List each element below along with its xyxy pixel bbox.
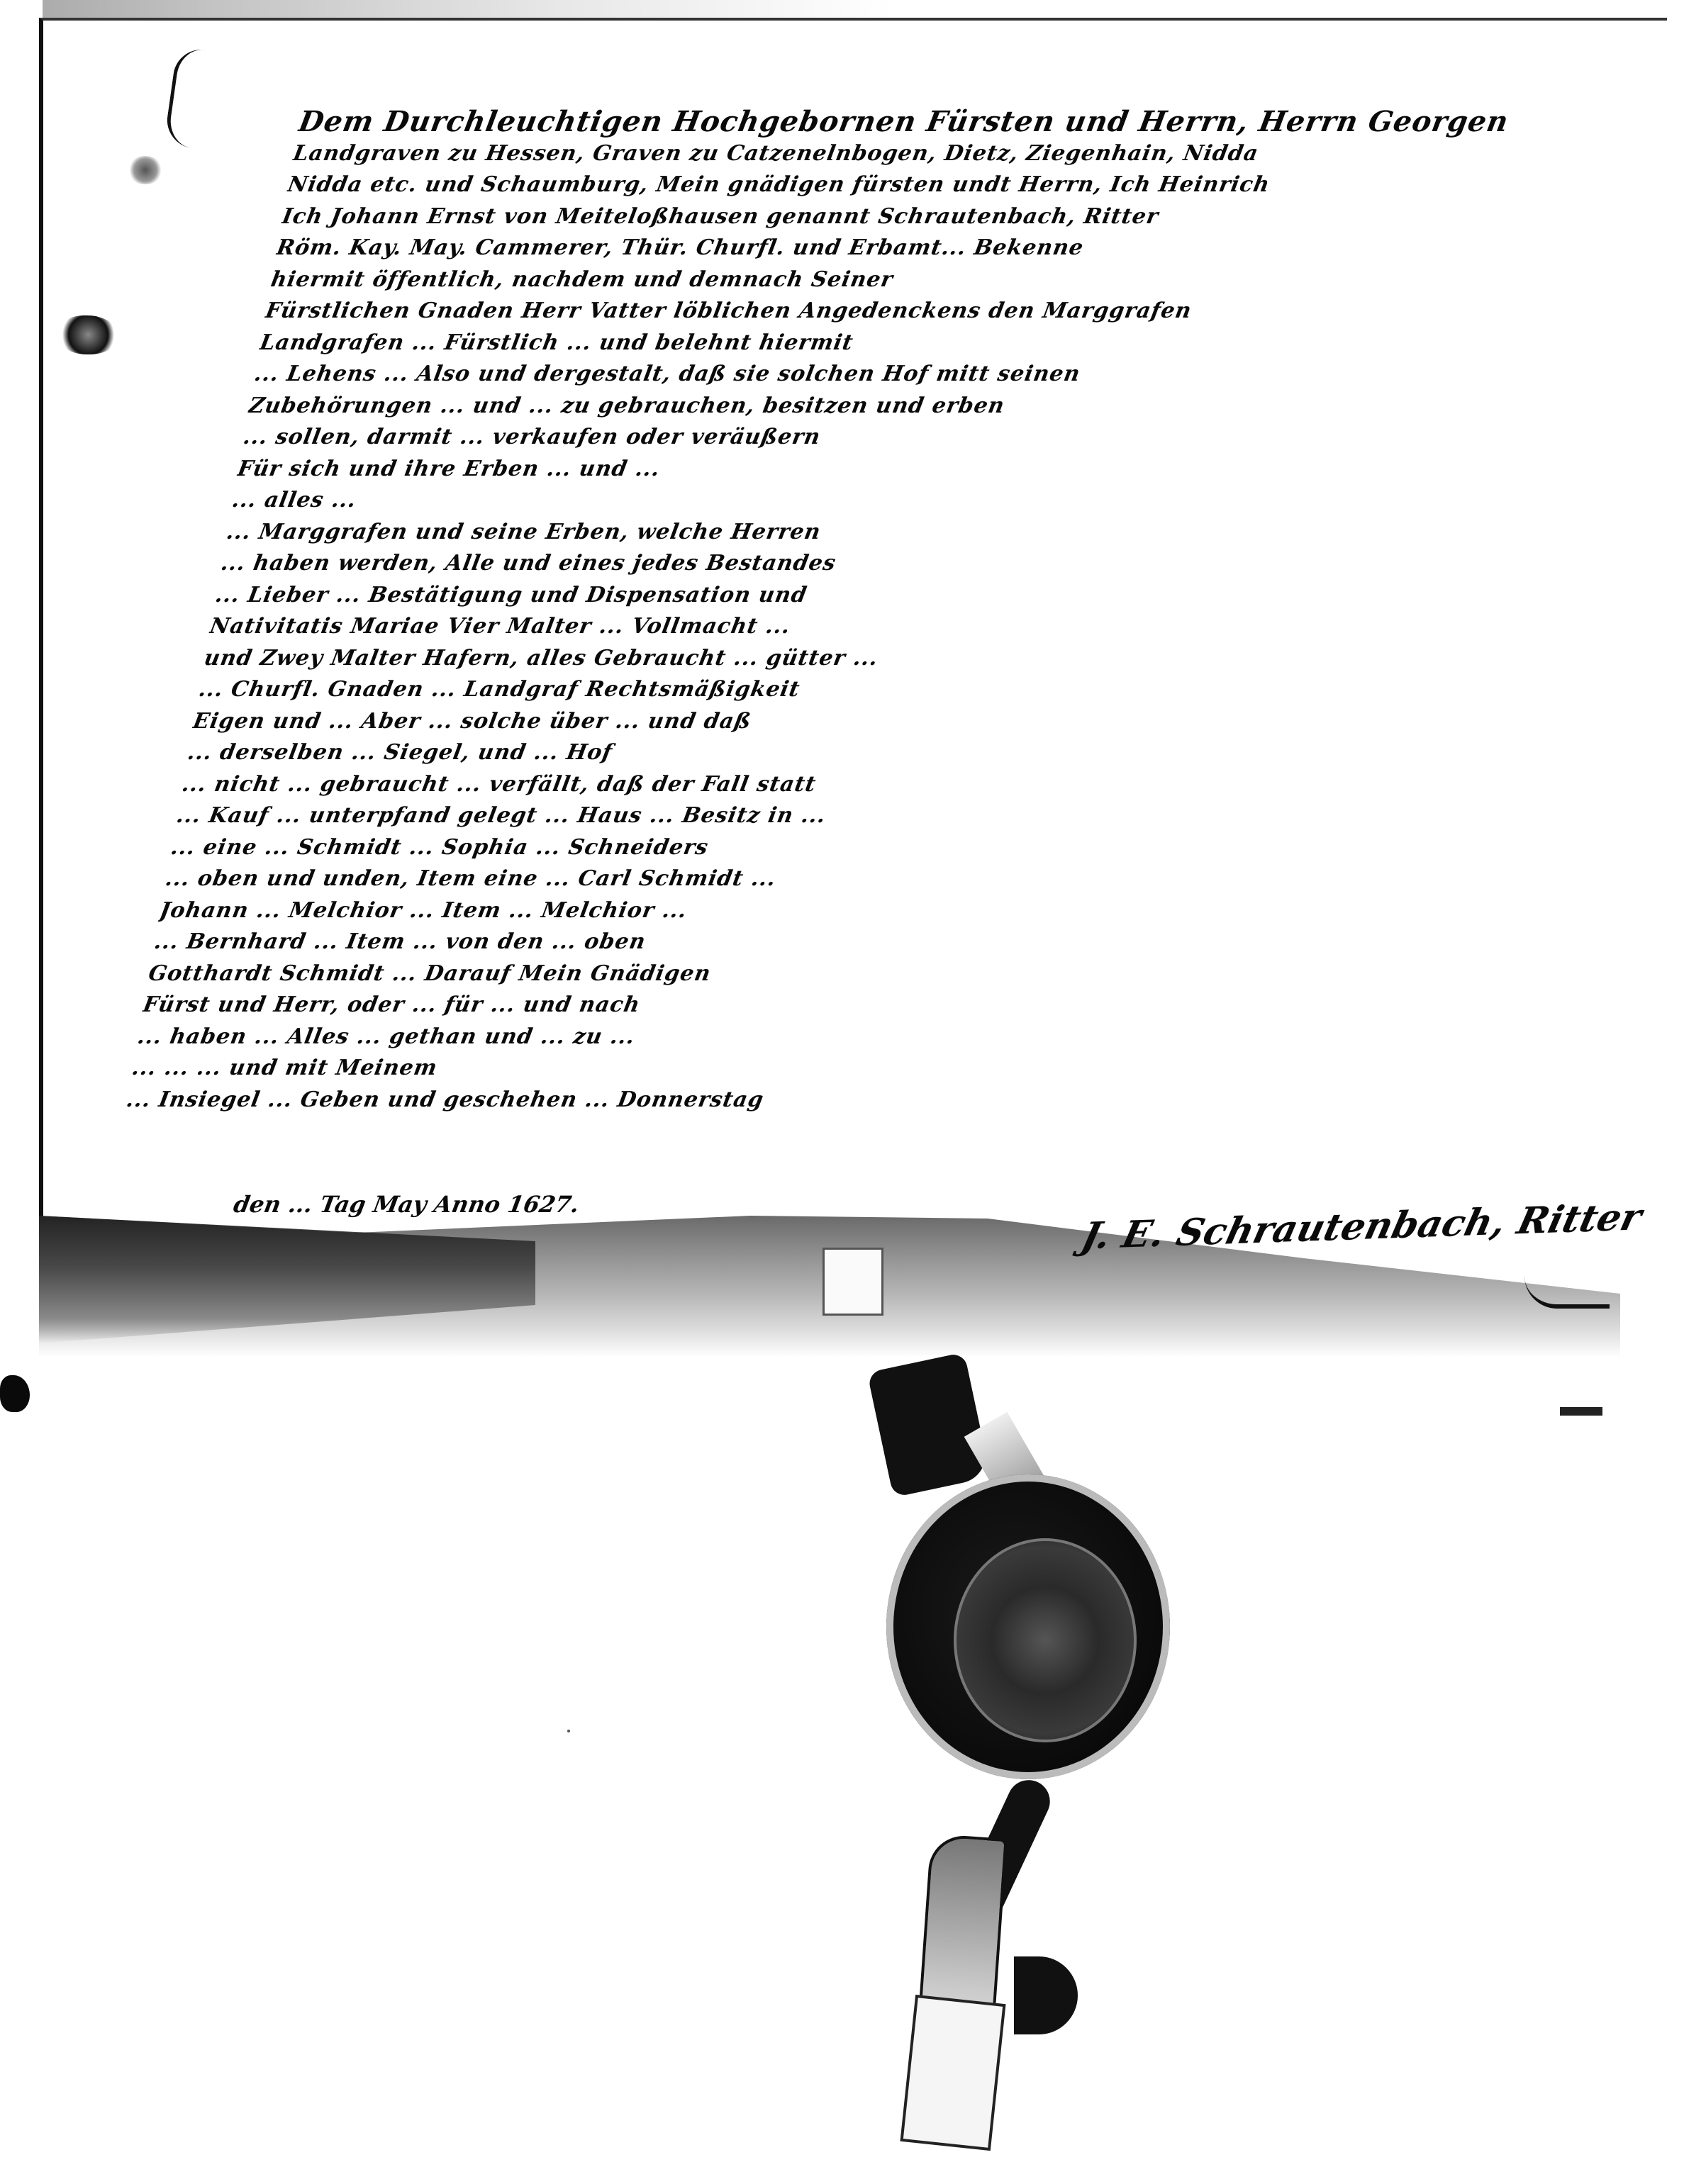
text-line: ... nicht ... gebraucht ... verfällt, da… bbox=[179, 769, 1518, 801]
text-line: Röm. Kay. May. Cammerer, Thür. Churfl. u… bbox=[274, 233, 1612, 264]
text-line: Landgraven zu Hessen, Graven zu Catzenel… bbox=[291, 138, 1629, 170]
text-line: ... Lehens ... Also und dergestalt, daß … bbox=[252, 359, 1590, 391]
text-line: ... derselben ... Siegel, und ... Hof bbox=[185, 737, 1524, 769]
text-line: Fürst und Herr, oder ... für ... und nac… bbox=[140, 990, 1479, 1021]
text-line: Für sich und ihre Erben ... und ... bbox=[235, 454, 1573, 486]
text-line: ... sollen, darmit ... verkaufen oder ve… bbox=[240, 422, 1579, 454]
text-line: Ich Johann Ernst von Meiteloßhausen gena… bbox=[279, 201, 1618, 233]
text-line: Nativitatis Mariae Vier Malter ... Vollm… bbox=[207, 611, 1546, 643]
ink-stain bbox=[128, 156, 163, 184]
text-line: ... eine ... Schmidt ... Sophia ... Schn… bbox=[168, 832, 1507, 864]
edge-mark bbox=[1560, 1407, 1602, 1416]
parchment-top-edge bbox=[43, 0, 893, 20]
text-line: ... Lieber ... Bestätigung und Dispensat… bbox=[213, 580, 1551, 612]
text-line: hiermit öffentlich, nachdem und demnach … bbox=[268, 264, 1607, 296]
ink-blot bbox=[0, 1375, 30, 1412]
text-line: Landgrafen ... Fürstlich ... und belehnt… bbox=[257, 327, 1596, 359]
text-line: Gotthardt Schmidt ... Darauf Mein Gnädig… bbox=[146, 958, 1485, 990]
text-line: ... oben und unden, Item eine ... Carl S… bbox=[162, 863, 1501, 895]
wax-seal-icon bbox=[954, 1538, 1137, 1742]
document-body: Dem Durchleuchtigen Hochgebornen Fürsten… bbox=[123, 106, 1634, 1116]
text-line: und Zwey Malter Hafern, alles Gebraucht … bbox=[201, 643, 1540, 675]
text-line: ... alles ... bbox=[230, 485, 1568, 517]
text-line: Nidda etc. und Schaumburg, Mein gnädigen… bbox=[285, 169, 1624, 201]
ink-blot bbox=[58, 315, 118, 354]
text-line: Dem Durchleuchtigen Hochgebornen Fürsten… bbox=[296, 106, 1635, 138]
speck bbox=[567, 1730, 570, 1732]
text-line: Johann ... Melchior ... Item ... Melchio… bbox=[157, 895, 1496, 927]
seal-slit bbox=[823, 1248, 883, 1316]
text-line: Fürstlichen Gnaden Herr Vatter löblichen… bbox=[263, 296, 1602, 327]
text-line: ... haben ... Alles ... gethan und ... z… bbox=[135, 1021, 1473, 1053]
text-line: ... Kauf ... unterpfand gelegt ... Haus … bbox=[174, 800, 1512, 832]
text-line: ... haben werden, Alle und eines jedes B… bbox=[218, 548, 1557, 580]
seal-strap bbox=[867, 1352, 991, 1497]
text-line: Zubehörungen ... und ... zu gebrauchen, … bbox=[246, 391, 1585, 422]
text-line: ... Bernhard ... Item ... von den ... ob… bbox=[152, 926, 1490, 958]
text-line: Eigen und ... Aber ... solche über ... u… bbox=[191, 706, 1529, 738]
date-line: den ... Tag May Anno 1627. bbox=[232, 1191, 581, 1218]
text-line: ... Marggrafen und seine Erben, welche H… bbox=[224, 517, 1563, 549]
text-line: ... Insiegel ... Geben und geschehen ...… bbox=[123, 1085, 1462, 1116]
strap-fold bbox=[1014, 1956, 1078, 2034]
text-line: ... Churfl. Gnaden ... Landgraf Rechtsmä… bbox=[196, 674, 1534, 706]
parchment-tag-end bbox=[900, 1995, 1005, 2151]
text-line: ... ... ... und mit Meinem bbox=[129, 1053, 1468, 1085]
